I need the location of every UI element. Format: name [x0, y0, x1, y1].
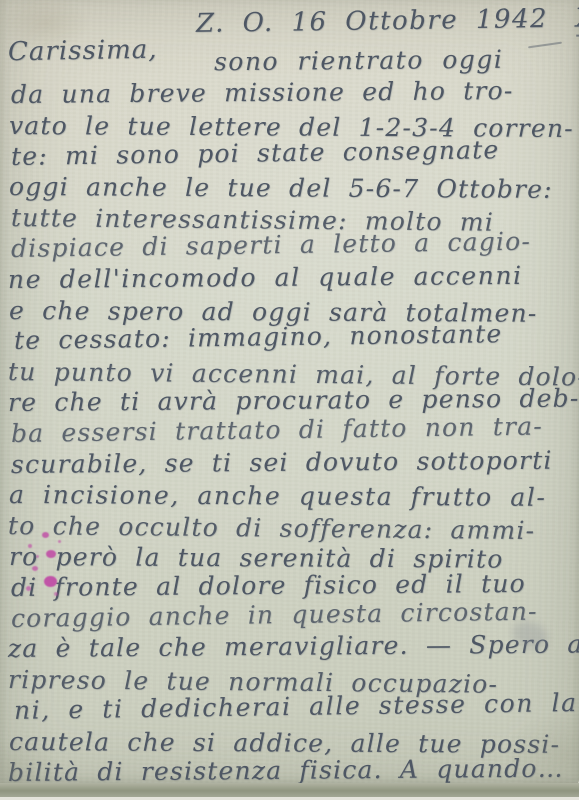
opening-phrase: sono rientrato oggi: [214, 45, 504, 77]
stray-pencil-stroke: [528, 42, 562, 49]
letter-line: scurabile, se ti sei dovuto sottoporti: [8, 445, 576, 480]
dateline-place: Z. O.: [196, 8, 274, 39]
letter-body: da una breve missione ed ho tro-vato le …: [8, 80, 576, 788]
letter-line: za è tale che meravigliare. — Spero avra…: [8, 630, 576, 665]
letter-line: da una breve missione ed ho tro-: [8, 76, 576, 111]
dateline-date: 16 Ottobre 1942: [291, 4, 548, 38]
letter-line: dispiace di saperti a letto a cagio-: [11, 226, 579, 265]
letter-sheet: Z. O. 16 Ottobre 1942 XX Carissima, sono…: [0, 0, 579, 786]
card-bottom-edge: [0, 783, 579, 797]
letter-line: ni, e ti dedicherai alle stesse con la: [11, 688, 579, 727]
dateline: Z. O. 16 Ottobre 1942 XX: [196, 3, 579, 39]
letter-line: a incisione, anche questa frutto al-: [9, 480, 577, 514]
salutation: Carissima,: [8, 35, 158, 68]
dateline-era-year: XX: [576, 3, 579, 37]
letter-line: te cessato: immagino, nonostante: [11, 318, 579, 357]
letter-line: oggi anche le tue del 5-6-7 Ottobre:: [9, 172, 577, 206]
letter-line: ne dell'incomodo al quale accenni: [8, 260, 576, 295]
